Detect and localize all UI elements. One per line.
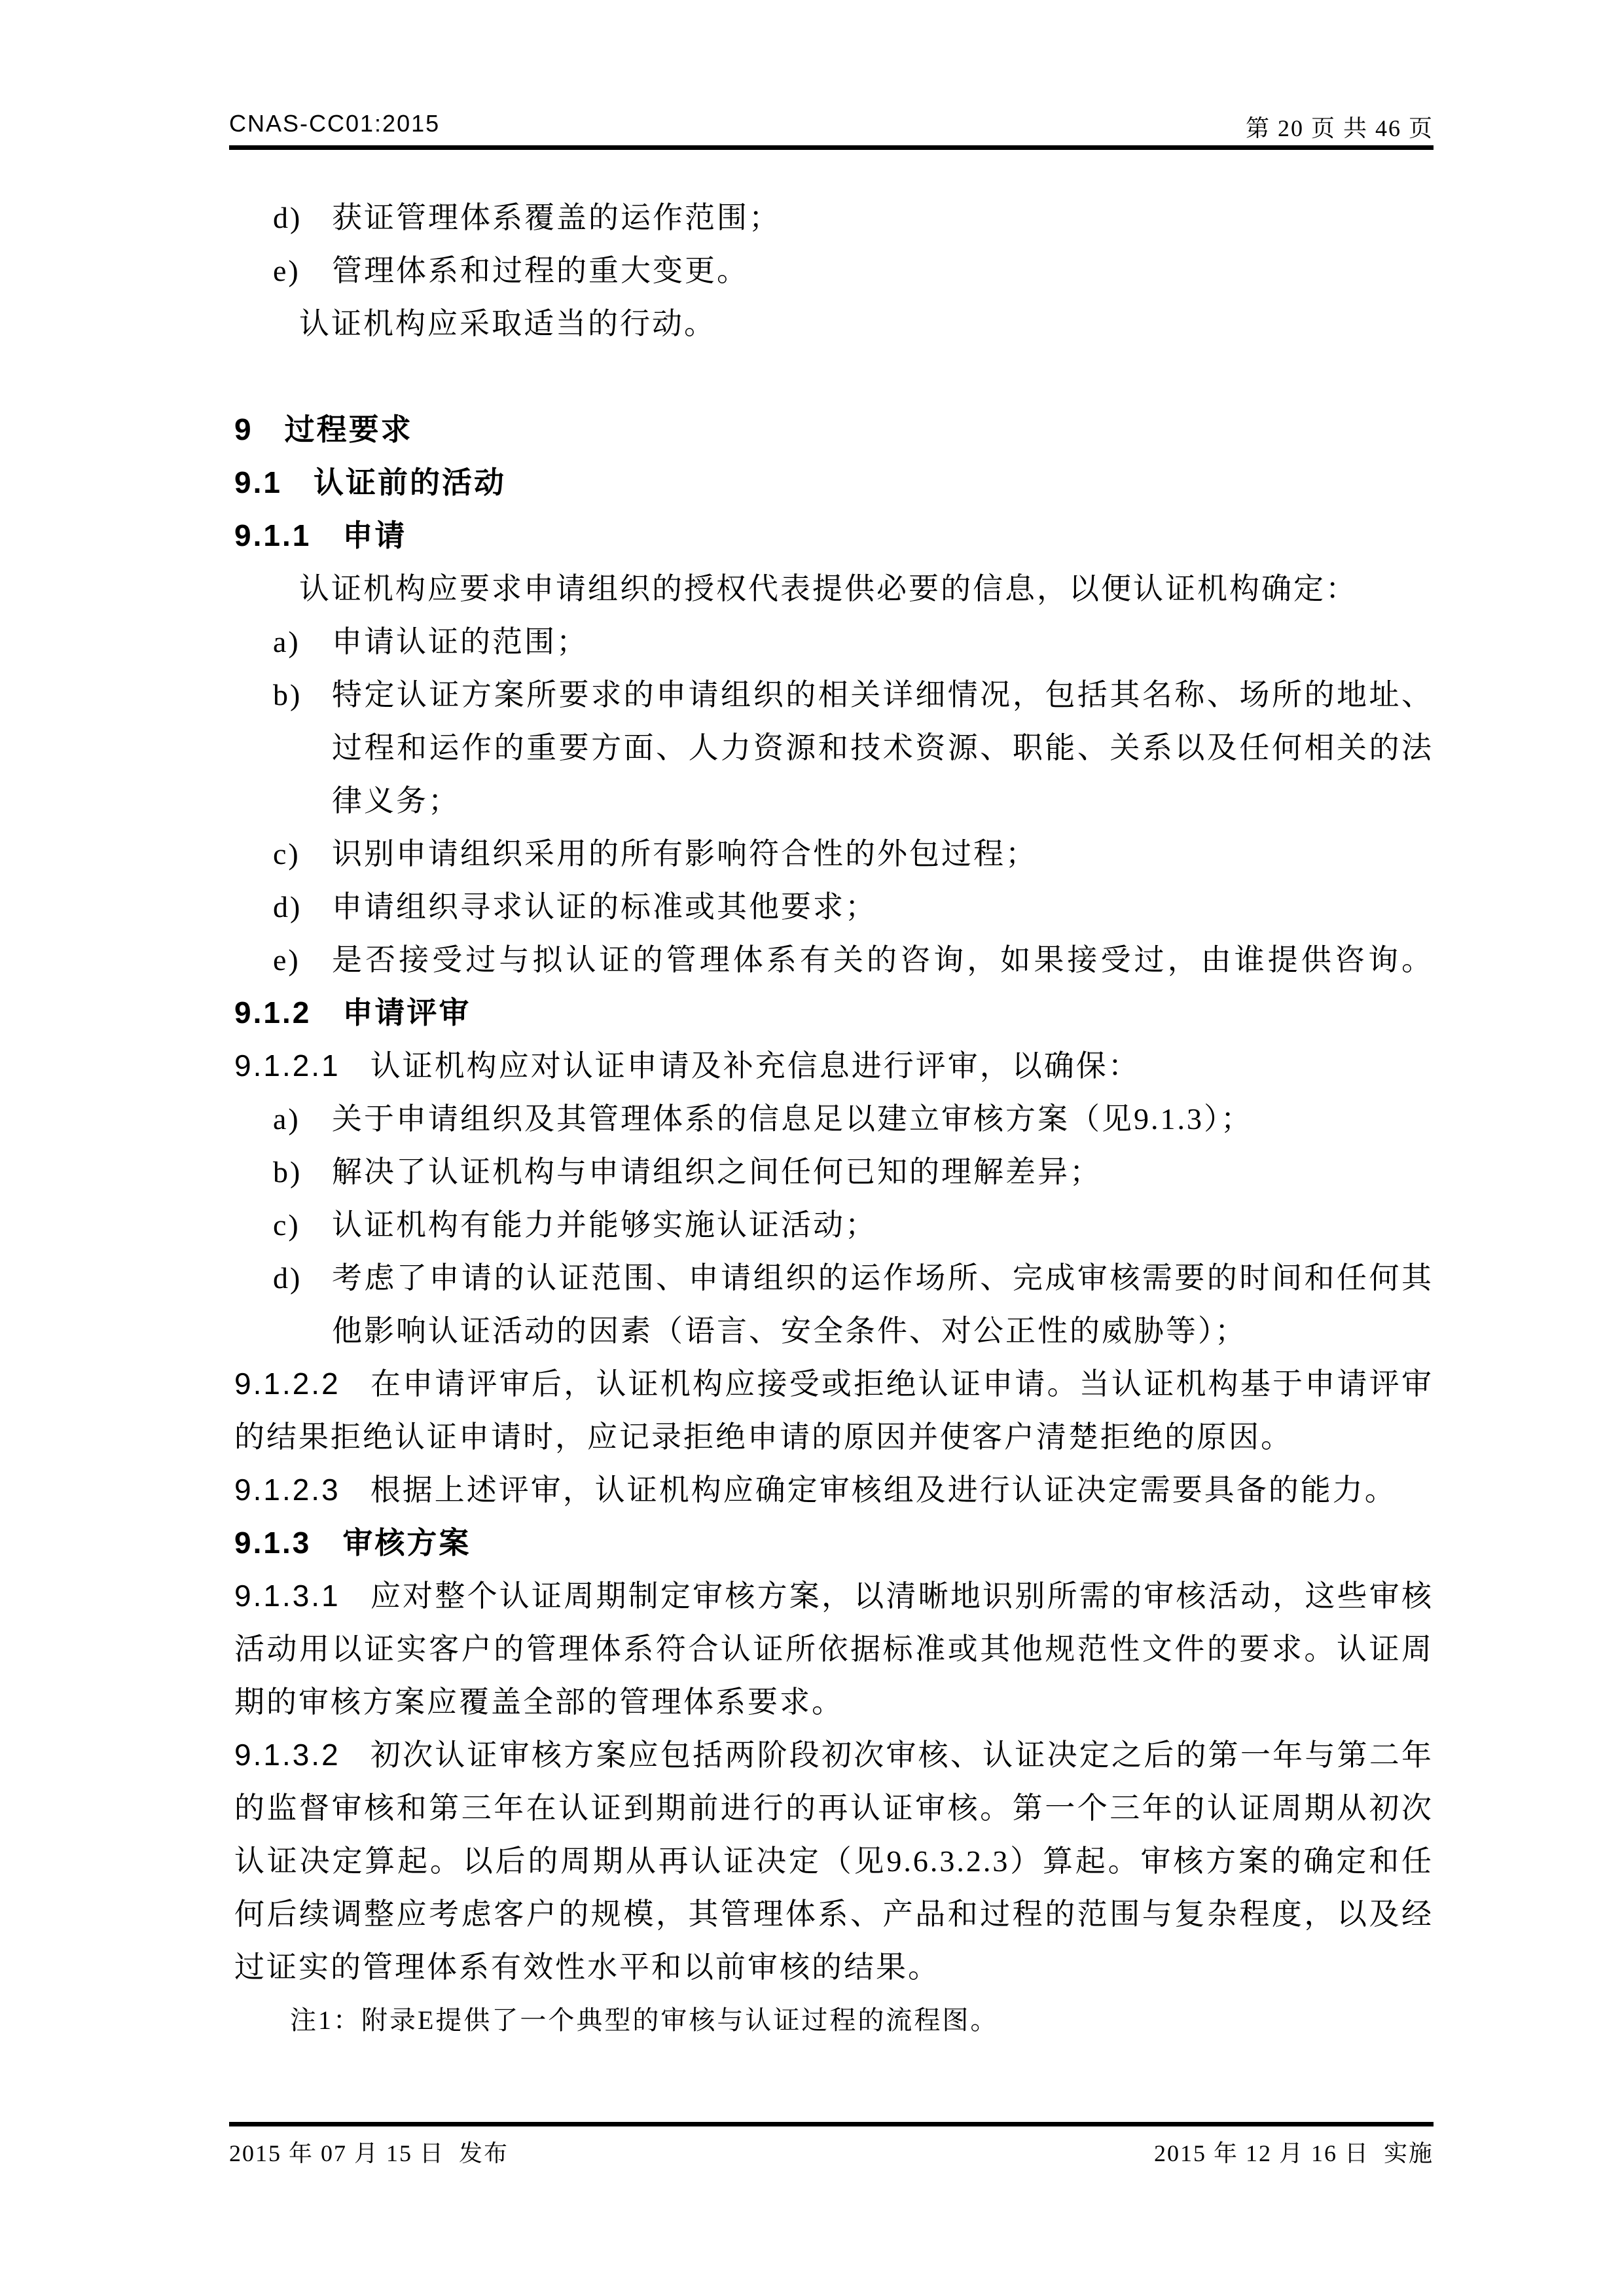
continuation-line: 活动用以证实客户的管理体系符合认证所依据标准或其他规范性文件的要求。认证周 <box>234 1623 1434 1676</box>
list-item-label: c) <box>273 827 332 880</box>
footer-release-date: 2015 年 07 月 15 日 发布 <box>229 2135 509 2168</box>
paragraph-line: 认证机构应采取适当的行动。 <box>234 297 1434 350</box>
document-page: CNAS-CC01:2015 第 20 页 共 46 页 d)获证管理体系覆盖的… <box>0 0 1624 2296</box>
section-heading: 9过程要求 <box>234 403 1434 456</box>
section-heading: 9.1.3审核方案 <box>234 1516 1434 1570</box>
header-rule <box>229 145 1434 150</box>
section-heading: 9.1.2申请评审 <box>234 986 1434 1039</box>
heading-title: 审核方案 <box>342 1526 471 1560</box>
document-body: d)获证管理体系覆盖的运作范围；e)管理体系和过程的重大变更。认证机构应采取适当… <box>234 191 1434 2047</box>
list-item-text: 认证机构有能力并能够实施认证活动； <box>332 1198 1434 1251</box>
note-line: 注1：附录E提供了一个典型的审核与认证过程的流程图。 <box>234 1994 1434 2047</box>
heading-number: 9.1.3 <box>234 1526 311 1560</box>
heading-title: 申请评审 <box>342 996 471 1030</box>
continuation-line: 何后续调整应考虑客户的规模，其管理体系、产品和过程的范围与复杂程度，以及经 <box>234 1888 1434 1941</box>
clause-number: 9.1.2.1 <box>234 1049 340 1083</box>
page-footer: 2015 年 07 月 15 日 发布 2015 年 12 月 16 日 实施 <box>229 2135 1434 2168</box>
heading-title: 过程要求 <box>285 413 413 446</box>
clause-paragraph: 9.1.3.2初次认证审核方案应包括两阶段初次审核、认证决定之后的第一年与第二年 <box>234 1729 1434 1782</box>
list-item-label: b) <box>273 668 332 721</box>
list-item-text: 申请组织寻求认证的标准或其他要求； <box>332 880 1434 933</box>
list-item: d)考虑了申请的认证范围、申请组织的运作场所、完成审核需要的时间和任何其 <box>234 1251 1434 1304</box>
list-item-text: 考虑了申请的认证范围、申请组织的运作场所、完成审核需要的时间和任何其 <box>332 1251 1434 1304</box>
clause-text: 初次认证审核方案应包括两阶段初次审核、认证决定之后的第一年与第二年 <box>370 1738 1434 1772</box>
list-item: c)认证机构有能力并能够实施认证活动； <box>234 1198 1434 1251</box>
clause-number: 9.1.2.3 <box>234 1473 340 1507</box>
paragraph-line: 认证机构应要求申请组织的授权代表提供必要的信息，以便认证机构确定： <box>234 562 1434 615</box>
blank-line <box>234 350 1434 403</box>
list-item-text: 是否接受过与拟认证的管理体系有关的咨询，如果接受过，由谁提供咨询。 <box>332 933 1434 986</box>
heading-number: 9 <box>234 412 253 446</box>
continuation-line: 过程和运作的重要方面、人力资源和技术资源、职能、关系以及任何相关的法 <box>234 721 1434 774</box>
clause-text: 在申请评审后，认证机构应接受或拒绝认证申请。当认证机构基于申请评审 <box>370 1367 1434 1401</box>
list-item-text: 特定认证方案所要求的申请组织的相关详细情况，包括其名称、场所的地址、 <box>332 668 1434 721</box>
clause-number: 9.1.2.2 <box>234 1367 340 1401</box>
list-item-text: 解决了认证机构与申请组织之间任何已知的理解差异； <box>332 1145 1434 1198</box>
continuation-line: 他影响认证活动的因素（语言、安全条件、对公正性的威胁等）； <box>234 1304 1434 1357</box>
list-item: b)特定认证方案所要求的申请组织的相关详细情况，包括其名称、场所的地址、 <box>234 668 1434 721</box>
list-item: e)是否接受过与拟认证的管理体系有关的咨询，如果接受过，由谁提供咨询。 <box>234 933 1434 986</box>
heading-number: 9.1.1 <box>234 518 311 552</box>
list-item-label: e) <box>273 244 332 297</box>
heading-title: 申请 <box>342 519 406 552</box>
clause-paragraph: 9.1.3.1应对整个认证周期制定审核方案，以清晰地识别所需的审核活动，这些审核 <box>234 1570 1434 1623</box>
page-header: CNAS-CC01:2015 第 20 页 共 46 页 <box>229 110 1434 143</box>
header-page-number: 第 20 页 共 46 页 <box>1246 110 1434 143</box>
footer-implement-date: 2015 年 12 月 16 日 实施 <box>1154 2135 1434 2168</box>
header-doc-code: CNAS-CC01:2015 <box>229 110 440 143</box>
list-item-label: a) <box>273 1092 332 1145</box>
heading-title: 认证前的活动 <box>314 466 506 499</box>
list-item-text: 识别申请组织采用的所有影响符合性的外包过程； <box>332 827 1434 880</box>
list-item-label: b) <box>273 1145 332 1198</box>
list-item-text: 管理体系和过程的重大变更。 <box>332 244 1434 297</box>
clause-number: 9.1.3.2 <box>234 1738 340 1772</box>
list-item-label: d) <box>273 1251 332 1304</box>
section-heading: 9.1.1申请 <box>234 509 1434 562</box>
clause-number: 9.1.3.1 <box>234 1579 340 1613</box>
clause-paragraph: 9.1.2.3根据上述评审，认证机构应确定审核组及进行认证决定需要具备的能力。 <box>234 1463 1434 1516</box>
continuation-line: 过证实的管理体系有效性水平和以前审核的结果。 <box>234 1941 1434 1994</box>
section-heading: 9.1认证前的活动 <box>234 456 1434 509</box>
list-item: e)管理体系和过程的重大变更。 <box>234 244 1434 297</box>
clause-text: 根据上述评审，认证机构应确定审核组及进行认证决定需要具备的能力。 <box>370 1473 1397 1507</box>
clause-paragraph: 9.1.2.2在申请评审后，认证机构应接受或拒绝认证申请。当认证机构基于申请评审 <box>234 1357 1434 1410</box>
continuation-line: 律义务； <box>234 774 1434 827</box>
footer-rule <box>229 2122 1434 2126</box>
list-item: c)识别申请组织采用的所有影响符合性的外包过程； <box>234 827 1434 880</box>
list-item-label: d) <box>273 880 332 933</box>
clause-paragraph: 9.1.2.1认证机构应对认证申请及补充信息进行评审，以确保： <box>234 1039 1434 1092</box>
list-item-label: d) <box>273 191 332 244</box>
continuation-line: 的监督审核和第三年在认证到期前进行的再认证审核。第一个三年的认证周期从初次 <box>234 1782 1434 1835</box>
list-item: d)申请组织寻求认证的标准或其他要求； <box>234 880 1434 933</box>
list-item-label: a) <box>273 615 332 668</box>
continuation-line: 期的审核方案应覆盖全部的管理体系要求。 <box>234 1676 1434 1729</box>
clause-text: 应对整个认证周期制定审核方案，以清晰地识别所需的审核活动，这些审核 <box>370 1579 1434 1613</box>
heading-number: 9.1.2 <box>234 996 311 1030</box>
continuation-line: 的结果拒绝认证申请时，应记录拒绝申请的原因并使客户清楚拒绝的原因。 <box>234 1410 1434 1463</box>
continuation-line: 认证决定算起。以后的周期从再认证决定（见9.6.3.2.3）算起。审核方案的确定… <box>234 1835 1434 1888</box>
list-item-label: e) <box>273 933 332 986</box>
list-item-text: 关于申请组织及其管理体系的信息足以建立审核方案（见9.1.3）； <box>332 1092 1434 1145</box>
heading-number: 9.1 <box>234 465 282 499</box>
list-item: b)解决了认证机构与申请组织之间任何已知的理解差异； <box>234 1145 1434 1198</box>
list-item: d)获证管理体系覆盖的运作范围； <box>234 191 1434 244</box>
list-item-label: c) <box>273 1198 332 1251</box>
clause-text: 认证机构应对认证申请及补充信息进行评审，以确保： <box>370 1049 1140 1083</box>
list-item: a)关于申请组织及其管理体系的信息足以建立审核方案（见9.1.3）； <box>234 1092 1434 1145</box>
list-item-text: 获证管理体系覆盖的运作范围； <box>332 191 1434 244</box>
list-item-text: 申请认证的范围； <box>332 615 1434 668</box>
list-item: a)申请认证的范围； <box>234 615 1434 668</box>
